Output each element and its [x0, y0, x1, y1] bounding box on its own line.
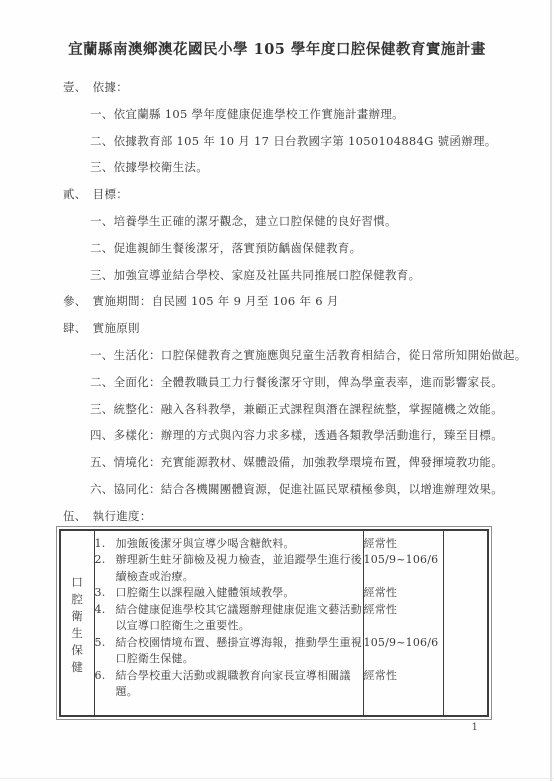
table-row: 5. 結合校園情境布置、懸掛宣導海報，推動學生重視口腔衛生保健。 105/9~1…	[60, 635, 488, 668]
timing-cell: 經常性	[363, 585, 443, 602]
activity-cell: 6. 結合學校重大活動或親職教育向家長宣導相關議題。	[94, 668, 363, 701]
item-number: 1.	[95, 536, 116, 553]
table-row: 2. 辦理新生蛀牙篩檢及視力檢查，並追蹤學生進行後續檢查或治療。 105/9~1…	[60, 552, 488, 585]
remarks-cell	[443, 530, 488, 716]
table-row: 6. 結合學校重大活動或親職教育向家長宣導相關議題。 經常性	[60, 668, 488, 701]
heading-goals: 貳、 目標：	[63, 188, 534, 200]
activity-cell: 4. 結合健康促進學校其它議題辦理健康促進文藝活動以宣導口腔衛生之重要性。	[94, 602, 363, 635]
heading-basis: 壹、 依據：	[63, 81, 534, 93]
timing-cell: 經常性	[363, 602, 443, 635]
activity-cell: 1. 加強飯後潔牙與宣導少喝含糖飲料。	[94, 530, 363, 553]
item-text: 結合健康促進學校其它議題辦理健康促進文藝活動以宣導口腔衛生之重要性。	[116, 602, 363, 635]
item-text: 結合學校重大活動或親職教育向家長宣導相關議題。	[116, 668, 363, 701]
heading-principles: 肆、 實施原則	[63, 322, 534, 334]
activity-cell	[94, 701, 363, 716]
basis-item: 二、依據教育部 105 年 10 月 17 日台教國字第 1050104884G…	[90, 135, 534, 147]
item-text: 加強飯後潔牙與宣導少喝含糖飲料。	[116, 536, 363, 553]
goal-item: 一、培養學生正確的潔牙觀念，建立口腔保健的良好習慣。	[90, 215, 534, 227]
table-row: 3. 口腔衛生以課程融入健體領域教學。 經常性	[60, 585, 488, 602]
activity-cell: 3. 口腔衛生以課程融入健體領域教學。	[94, 585, 363, 602]
timing-cell	[363, 701, 443, 716]
activity-cell: 5. 結合校園情境布置、懸掛宣導海報，推動學生重視口腔衛生保健。	[94, 635, 363, 668]
principle-item: 三、統整化：融入各科教學，兼顧正式課程與潛在課程統整，掌握隨機之效能。	[90, 403, 534, 415]
goal-item: 三、加強宣導並結合學校、家庭及社區共同推展口腔保健教育。	[90, 269, 534, 281]
item-number: 2.	[95, 552, 116, 585]
scan-edge-right	[550, 0, 552, 781]
timing-cell: 105/9~106/6	[363, 552, 443, 585]
principle-item: 一、生活化：口腔保健教育之實施應與兒童生活教育相結合，從日常所知開始做起。	[90, 349, 534, 361]
document-body: 壹、 依據： 一、依宜蘭縣 105 學年度健康促進學校工作實施計畫辦理。 二、依…	[0, 59, 554, 720]
table-spacer-row	[60, 701, 488, 716]
scan-edge-bottom	[0, 778, 554, 779]
table-row: 口腔衛生保健 1. 加強飯後潔牙與宣導少喝含糖飲料。 經常性	[60, 530, 488, 553]
item-number: 5.	[95, 635, 116, 668]
item-number: 6.	[95, 668, 116, 701]
document-page: 宜蘭縣南澳鄉澳花國民小學 105 學年度口腔保健教育實施計畫 壹、 依據： 一、…	[0, 0, 554, 781]
timing-cell: 經常性	[363, 530, 443, 553]
document-title: 宜蘭縣南澳鄉澳花國民小學 105 學年度口腔保健教育實施計畫	[0, 0, 554, 59]
goal-item: 二、促進親師生餐後潔牙，落實預防齲齒保健教育。	[90, 242, 534, 254]
principle-item: 四、多樣化：辦理的方式與內容力求多樣，透過各類教學活動進行，臻至目標。	[90, 429, 534, 441]
table-row: 4. 結合健康促進學校其它議題辦理健康促進文藝活動以宣導口腔衛生之重要性。 經常…	[60, 602, 488, 635]
item-text: 口腔衛生以課程融入健體領域教學。	[116, 585, 363, 602]
heading-period: 參、 實施期間：自民國 105 年 9 月至 106 年 6 月	[63, 295, 534, 307]
page-number: 1	[471, 721, 478, 733]
category-cell: 口腔衛生保健	[60, 530, 94, 716]
principle-item: 六、協同化：結合各機關團體資源，促進社區民眾積極參與，以增進辦理效果。	[90, 483, 534, 495]
heading-schedule: 伍、 執行進度：	[63, 510, 534, 522]
activity-cell: 2. 辦理新生蛀牙篩檢及視力檢查，並追蹤學生進行後續檢查或治療。	[94, 552, 363, 585]
principle-item: 二、全面化：全體教職員工力行餐後潔牙守則，俾為學童表率，進而影響家長。	[90, 376, 534, 388]
item-number: 4.	[95, 602, 116, 635]
basis-item: 三、依據學校衛生法。	[90, 161, 534, 173]
item-number: 3.	[95, 585, 116, 602]
schedule-table: 口腔衛生保健 1. 加強飯後潔牙與宣導少喝含糖飲料。 經常性 2.	[56, 526, 492, 720]
basis-item: 一、依宜蘭縣 105 學年度健康促進學校工作實施計畫辦理。	[90, 108, 534, 120]
timing-cell: 105/9~106/6	[363, 635, 443, 668]
principle-item: 五、情境化：充實能源教材、媒體設備，加強教學環境布置，俾發揮境教功能。	[90, 456, 534, 468]
item-text: 辦理新生蛀牙篩檢及視力檢查，並追蹤學生進行後續檢查或治療。	[116, 552, 363, 585]
timing-cell: 經常性	[363, 668, 443, 701]
item-text: 結合校園情境布置、懸掛宣導海報，推動學生重視口腔衛生保健。	[116, 635, 363, 668]
schedule-table-grid: 口腔衛生保健 1. 加強飯後潔牙與宣導少喝含糖飲料。 經常性 2.	[59, 529, 489, 717]
category-label: 口腔衛生保健	[71, 574, 84, 676]
